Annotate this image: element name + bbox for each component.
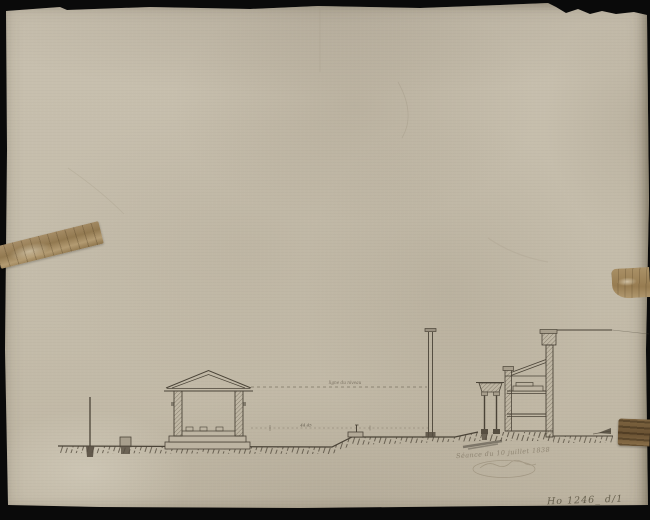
- kerb-pier: [120, 437, 131, 454]
- pavilion-section: [164, 371, 253, 450]
- section-drawing: ligne du niveau 44.45: [0, 0, 650, 520]
- scanned-drawing-sheet: ligne du niveau 44.45: [0, 0, 650, 520]
- paper-scratches: [68, 8, 650, 262]
- datum-line-label: ligne du niveau: [329, 380, 362, 385]
- dimension-label: 44.45: [299, 423, 312, 428]
- tape-patch-right-middle: [611, 267, 650, 299]
- signature-flourish: [473, 460, 536, 477]
- tape-patch-right-lower: [618, 418, 650, 446]
- boundary-post: [86, 397, 94, 457]
- datum-line: ligne du niveau: [251, 380, 427, 387]
- mast: [425, 329, 436, 438]
- dimension-line: 44.45: [251, 423, 430, 432]
- quay-lip: [348, 425, 363, 437]
